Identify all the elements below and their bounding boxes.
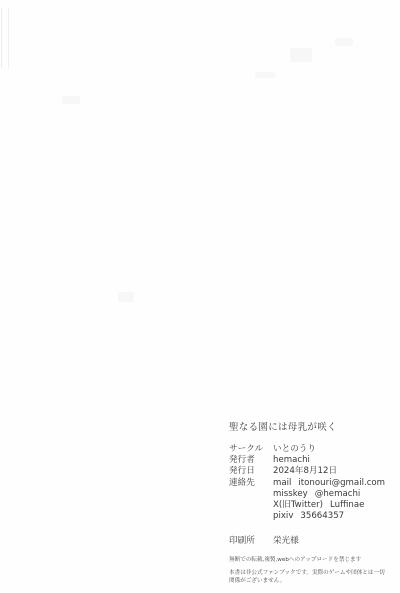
info-row-date: 発行日 2024年8月12日 bbox=[229, 466, 385, 477]
page-edge-shadow bbox=[1, 8, 9, 68]
contact-value: 35664357 bbox=[300, 511, 344, 521]
contact-value: @hemachi bbox=[315, 489, 361, 499]
printer-label: 印刷所 bbox=[229, 534, 273, 546]
contact-key: X(旧Twitter) bbox=[273, 500, 323, 511]
contact-misskey: misskey@hemachi bbox=[273, 489, 385, 500]
copyright-notice: 無断での転載,複製,webへのアップロードを禁じます bbox=[229, 556, 399, 564]
contact-mail: mailitonouri@gmail.com bbox=[273, 478, 385, 489]
colophon-page: 聖なる園には母乳が咲く サークル いとのうり 発行者 hemachi 発行日 2… bbox=[0, 0, 400, 593]
contact-pixiv: pixiv35664357 bbox=[273, 511, 385, 522]
disclaimer-text: 本書は非公式ファンブックです。実際のゲームや団体とは一切関係がございません。 bbox=[229, 569, 389, 585]
circle-value: いとのうり bbox=[273, 444, 385, 455]
contact-value: Luffinae bbox=[330, 500, 364, 510]
show-through-mark bbox=[62, 96, 80, 104]
publisher-value: hemachi bbox=[273, 455, 385, 466]
colophon-block: 聖なる園には母乳が咲く サークル いとのうり 発行者 hemachi 発行日 2… bbox=[229, 419, 399, 585]
contact-label: 連絡先 bbox=[229, 478, 273, 523]
show-through-mark bbox=[118, 292, 134, 302]
printer-info: 印刷所栄光様 bbox=[229, 534, 399, 546]
publisher-label: 発行者 bbox=[229, 455, 273, 466]
contact-x: X(旧Twitter)Luffinae bbox=[273, 500, 385, 511]
publication-info: サークル いとのうり 発行者 hemachi 発行日 2024年8月12日 連絡… bbox=[229, 444, 385, 522]
contact-values: mailitonouri@gmail.com misskey@hemachi X… bbox=[273, 478, 385, 523]
info-row-circle: サークル いとのうり bbox=[229, 444, 385, 455]
info-row-publisher: 発行者 hemachi bbox=[229, 455, 385, 466]
contact-key: mail bbox=[273, 478, 291, 489]
printer-value: 栄光様 bbox=[273, 536, 299, 546]
show-through-mark bbox=[255, 72, 275, 78]
show-through-mark bbox=[290, 48, 312, 62]
info-row-contact: 連絡先 mailitonouri@gmail.com misskey@hemac… bbox=[229, 478, 385, 523]
show-through-mark bbox=[335, 38, 353, 46]
book-title: 聖なる園には母乳が咲く bbox=[229, 419, 399, 433]
circle-label: サークル bbox=[229, 444, 273, 455]
date-label: 発行日 bbox=[229, 466, 273, 477]
contact-value: itonouri@gmail.com bbox=[298, 478, 385, 488]
contact-key: misskey bbox=[273, 489, 308, 500]
contact-key: pixiv bbox=[273, 511, 293, 522]
date-value: 2024年8月12日 bbox=[273, 466, 385, 477]
